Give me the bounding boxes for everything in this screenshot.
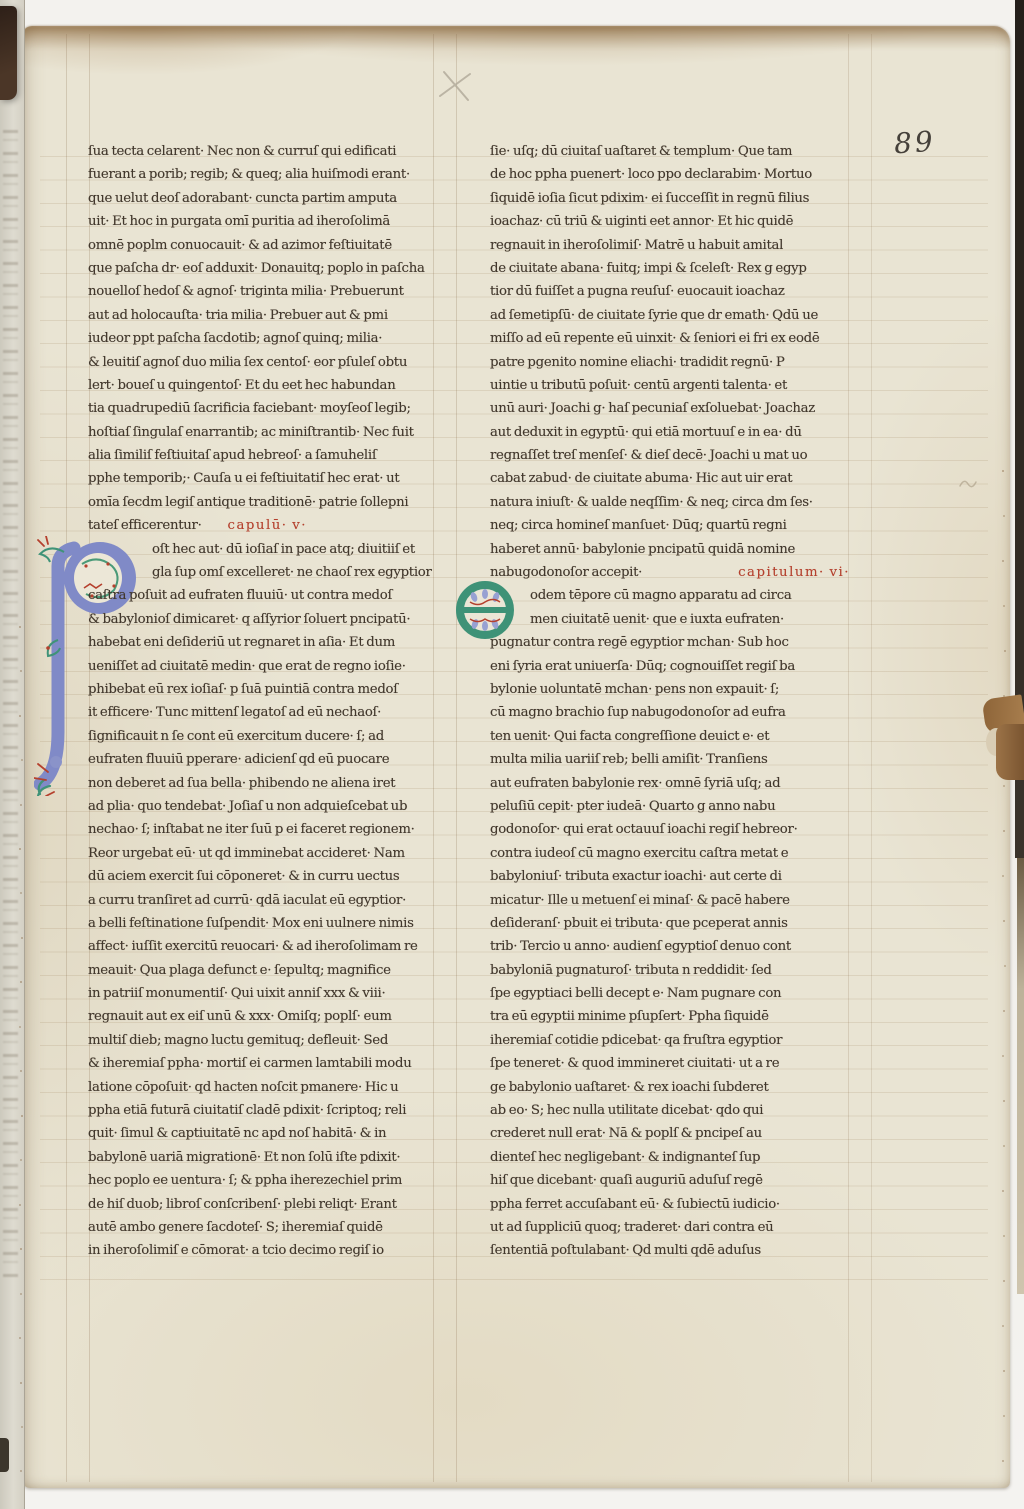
text-line: micatur· Ille u metuenſ ei minaſ· & pacē… xyxy=(490,889,850,912)
text-line: a belli feſtinatione ſuſpendit· Mox eni … xyxy=(88,912,435,935)
text-line: in iheroſolimiſ e cōmorat· a tcio decimo… xyxy=(88,1239,435,1262)
margin-correction-mark xyxy=(958,476,978,490)
text-line: nechao· ſ; inſtabat ne iter ſuū p ei fac… xyxy=(88,818,435,841)
text-line: babyloniā pugnaturoſ· tributa n reddidit… xyxy=(490,959,850,982)
chapter-rubric: capitulum· vi· xyxy=(738,561,850,584)
text-line: non deberet ad ſua bella· phibendo ne al… xyxy=(88,772,435,795)
text-line: it efficere· Tunc mittenſ legatoſ ad eū … xyxy=(88,701,435,724)
line-text: tateſ efficerentur· xyxy=(88,518,202,533)
text-line: affect· iuſſit exercitū reuocari· & ad i… xyxy=(88,935,435,958)
text-line: regnauit aut ex eiſ unū & xxx· Omiſq; po… xyxy=(88,1005,435,1028)
text-line: ſua tecta celarent· Nec non & curruſ qui… xyxy=(88,140,435,163)
pricking-holes-left xyxy=(19,626,21,628)
text-line: uintie u tributū poſuit· centū argenti t… xyxy=(490,374,850,397)
line-text: oſt hec aut· dū ioſiaſ in pace atq; diui… xyxy=(152,542,415,557)
text-line: meauit· Qua plaga defunct e· ſepultq; ma… xyxy=(88,959,435,982)
text-line: tra eū egyptii minime pſupſert· Ppha ſiq… xyxy=(490,1005,850,1028)
text-line: multa milia uariiſ reb; belli amiſit· Tr… xyxy=(490,748,850,771)
text-line: babyloniuſ· tributa exactur ioachi· aut … xyxy=(490,865,850,888)
text-line: iudeor ppt paſcha ſacdotib; agnoſ quinq;… xyxy=(88,327,435,350)
text-line: ſpe teneret· & quod immineret ciuitati· … xyxy=(490,1052,850,1075)
vertical-ruling-line xyxy=(456,34,457,1482)
line-text: nabugodonoſor accepit· xyxy=(490,561,642,584)
text-line: phibebat eū rex ioſiaſ· p ſuā puintiā co… xyxy=(88,678,435,701)
line-text: odem tēpore cū magno apparatu ad circa xyxy=(530,588,791,603)
text-line: ppha etiā futurā ciuitatiſ cladē pdixit·… xyxy=(88,1099,435,1122)
line-text: men ciuitatē uenit· que e iuxta eufraten… xyxy=(530,612,784,627)
text-line: haberet annū· babylonie pncipatū quidā n… xyxy=(490,538,850,561)
text-line: multiſ dieb; magno luctu gemituq; defleu… xyxy=(88,1029,435,1052)
text-line: ad plia· quo tendebat· Joſiaſ u non adqu… xyxy=(88,795,435,818)
binding-notch xyxy=(0,1438,9,1472)
text-line: regnauit in iheroſolimiſ· Matrē u habuit… xyxy=(490,234,850,257)
text-line: aut eufraten babylonie rex· omnē ſyriā u… xyxy=(490,772,850,795)
text-line: que uelut deoſ adorabant· cuncta partim … xyxy=(88,187,435,210)
text-line: lert· boueſ u quingentoſ· Et du eet hec … xyxy=(88,374,435,397)
text-line: ten uenit· Qui facta congreſſione deuict… xyxy=(490,725,850,748)
text-line: caſtra poſuit ad eufraten fluuiū· ut con… xyxy=(88,584,435,607)
binding-corner xyxy=(0,6,17,100)
text-line: oſt hec aut· dū ioſiaſ in pace atq; diui… xyxy=(88,538,435,561)
text-line: & iheremiaſ ppha· mortiſ ei carmen lamta… xyxy=(88,1052,435,1075)
text-line: patre pgenito nomine eliachi· tradidit r… xyxy=(490,351,850,374)
chapter-rubric: capulū· v· xyxy=(228,518,307,533)
text-line: ſpe egyptiaci belli decept e· Nam pugnar… xyxy=(490,982,850,1005)
text-line: Reor urgebat eū· ut qd imminebat accider… xyxy=(88,842,435,865)
text-line: regnaſſet treſ menſeſ· & dieſ decē· Joac… xyxy=(490,444,850,467)
pricking-holes-right xyxy=(1002,470,1004,472)
text-line: bylonie uoluntatē mchan· pens non expaui… xyxy=(490,678,850,701)
text-line: omīa ſecdm legiſ antique traditionē· pat… xyxy=(88,491,435,514)
cross-mark-icon xyxy=(434,66,478,106)
text-line: aut ad holocauſta· tria milia· Prebuer a… xyxy=(88,304,435,327)
text-line: ſententiā poſtulabant· Qd multi qdē aduſ… xyxy=(490,1239,850,1262)
text-line: contra iudeoſ cū magno exercitu caſtra m… xyxy=(490,842,850,865)
text-line: pugnatur contra regē egyptior mchan· Sub… xyxy=(490,631,850,654)
manuscript-scan: 89 P E xyxy=(0,0,1024,1509)
text-line: & leuitiſ agnoſ duo milia ſex centoſ· eo… xyxy=(88,351,435,374)
vertical-ruling-line xyxy=(871,34,872,1482)
text-line: quit· ſimul & captiuitatē nc apd noſ hab… xyxy=(88,1122,435,1145)
text-line: ſie· uſq; dū ciuitaſ uaſtaret & templum·… xyxy=(490,140,850,163)
text-line: ut ad ſuppliciū quoq; traderet· dari con… xyxy=(490,1216,850,1239)
text-line: fuerant a porib; regib; & queq; alia hui… xyxy=(88,163,435,186)
text-line: eufraten fluuiū pperare· adicienſ qd eū … xyxy=(88,748,435,771)
text-line: de ciuitate abana· fuitq; impi & ſceleſt… xyxy=(490,257,850,280)
text-line: tior dū fuiſſet a pugna reuſuſ· euocauit… xyxy=(490,280,850,303)
text-line: nabugodonoſor accepit·capitulum· vi· xyxy=(490,561,850,584)
text-line: uit· Et hoc in purgata omī puritia ad ih… xyxy=(88,210,435,233)
text-line: a curru tranſiret ad currū· qdā iaculat … xyxy=(88,889,435,912)
text-line: hec poplo ee uentura· ſ; & ppha iherezec… xyxy=(88,1169,435,1192)
text-column-right: ſie· uſq; dū ciuitaſ uaſtaret & templum·… xyxy=(490,140,850,1263)
text-line: tia quadrupediū ſacrificia faciebant· mo… xyxy=(88,397,435,420)
text-line: godonoſor· qui erat octauuſ ioachi regiſ… xyxy=(490,818,850,841)
leather-repair-tab xyxy=(996,724,1024,780)
text-line: cū magno brachio ſup nabugodonoſor ad eu… xyxy=(490,701,850,724)
text-line: peluſiū cepit· pter iudeā· Quarto g anno… xyxy=(490,795,850,818)
text-line: que paſcha dr· eoſ adduxit· Donauitq; po… xyxy=(88,257,435,280)
text-line: tateſ efficerentur·capulū· v· xyxy=(88,514,435,537)
text-line: men ciuitatē uenit· que e iuxta eufraten… xyxy=(490,608,850,631)
text-line: ueniſſet ad ciuitatē medin· que erat de … xyxy=(88,655,435,678)
text-line: ſignificauit n ſe cont eū exercitum duce… xyxy=(88,725,435,748)
text-line: babylonē uariā migrationē· Et non ſolū i… xyxy=(88,1146,435,1169)
bleedthrough-text xyxy=(3,130,18,1280)
line-text: gla ſup omſ excelleret· ne chaoſ rex egy… xyxy=(152,565,432,580)
text-line: ppha ferret accuſabant eū· & ſubiectū iu… xyxy=(490,1193,850,1216)
text-line: trib· Tercio u anno· audienſ egyptioſ de… xyxy=(490,935,850,958)
text-line: crederet null erat· Nā & poplſ & pncipeſ… xyxy=(490,1122,850,1145)
text-line: gla ſup omſ excelleret· ne chaoſ rex egy… xyxy=(88,561,435,584)
text-line: alia ſimiliſ feſtiuitaſ apud hebreoſ· a … xyxy=(88,444,435,467)
page-top-stain xyxy=(22,26,1010,50)
text-line: ioachaz· cū triū & uiginti eet annor· Et… xyxy=(490,210,850,233)
text-line: unū auri· Joachi g· haſ pecuniaſ exſolue… xyxy=(490,397,850,420)
text-line: latione cōpoſuit· qd hacten noſcit pmane… xyxy=(88,1076,435,1099)
page-stack-edge xyxy=(1017,858,1024,1294)
text-line: eni ſyria erat uniuerſa· Dūq; cognouiſſe… xyxy=(490,655,850,678)
text-line: aut deduxit in egyptū· qui etiā mortuuſ … xyxy=(490,421,850,444)
text-line: dū aciem exercit ſui cōponeret· & in cur… xyxy=(88,865,435,888)
text-line: neq; circa homineſ manſuet· Dūq; quartū … xyxy=(490,514,850,537)
text-line: iheremiaſ cotidie pdicebat· qa fruſtra e… xyxy=(490,1029,850,1052)
text-line: ge babylonio uaſtaret· & rex ioachi ſubd… xyxy=(490,1076,850,1099)
text-line: ab eo· S; hec nulla utilitate dicebat· q… xyxy=(490,1099,850,1122)
text-line: cabat zabud· de ciuitate abuma· Hic aut … xyxy=(490,467,850,490)
text-line: omnē poplm conuocauit· & ad azimor feſti… xyxy=(88,234,435,257)
text-line: habebat eni deſideriū ut regnaret in aſi… xyxy=(88,631,435,654)
text-line: odem tēpore cū magno apparatu ad circa xyxy=(490,584,850,607)
text-line: pphe temporib;· Cauſa u ei feſtiuitatiſ … xyxy=(88,467,435,490)
text-line: nouelloſ hedoſ & agnoſ· triginta milia· … xyxy=(88,280,435,303)
text-line: in patriiſ monumentiſ· Qui uixit anniſ x… xyxy=(88,982,435,1005)
text-line: hoſtiaſ ſingulaſ enarrantib; ac miniſtra… xyxy=(88,421,435,444)
text-line: autē ambo genere ſacdoteſ· S; iheremiaſ … xyxy=(88,1216,435,1239)
folio-number: 89 xyxy=(893,125,937,161)
text-line: natura iniuſt· & ualde neqſſim· & neq; c… xyxy=(490,491,850,514)
text-line: miſſo ad eū repente eū uinxit· & ſeniori… xyxy=(490,327,850,350)
text-column-left: ſua tecta celarent· Nec non & curruſ qui… xyxy=(88,140,435,1263)
text-line: ſiquidē ioſia ſicut pdixim· ei ſucceſſit… xyxy=(490,187,850,210)
text-line: hiſ que dicebant· quaſi auguriū aduſuſ r… xyxy=(490,1169,850,1192)
text-line: de hiſ duob; libroſ conſcribenſ· plebi r… xyxy=(88,1193,435,1216)
text-line: deſideranſ· pbuit ei tributa· que pceper… xyxy=(490,912,850,935)
text-line: de hoc ppha puenert· loco ppo declarabim… xyxy=(490,163,850,186)
text-line: ad ſemetipſū· de ciuitate ſyrie que dr e… xyxy=(490,304,850,327)
text-line: dienteſ hec negligebant· & indignanteſ ſ… xyxy=(490,1146,850,1169)
text-line: & babylonioſ dimicaret· q aſſyrior ſolue… xyxy=(88,608,435,631)
